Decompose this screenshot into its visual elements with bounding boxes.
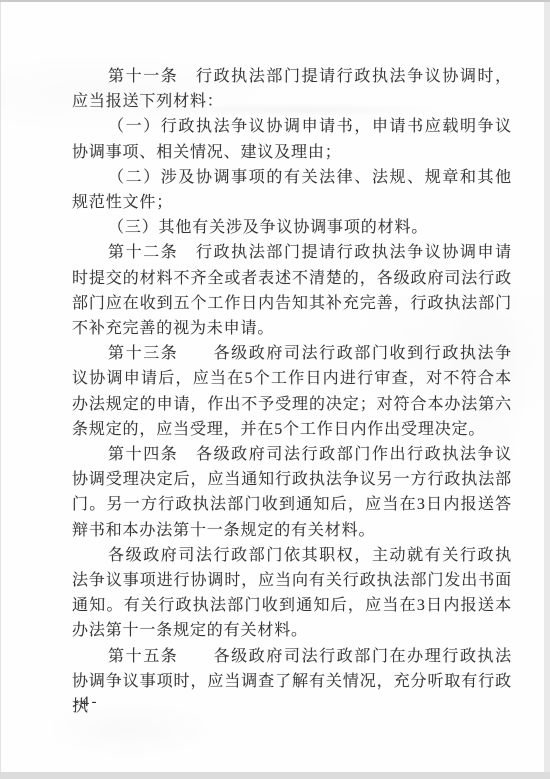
document-page: 第十一条 行政执法部门提请行政执法争议协调时，应当报送下列材料：（一）行政执法争… (0, 0, 550, 779)
paragraph: 第十二条 行政执法部门提请行政执法争议协调申请时提交的材料不齐全或者表述不清楚的… (72, 240, 512, 341)
paragraph: 第十三条 各级政府司法行政部门收到行政执法争议协调申请后，应当在5个工作日内进行… (72, 341, 512, 442)
scan-edge-bottom (0, 772, 550, 779)
paragraph: （一）行政执法争议协调申请书，申请书应载明争议协调事项、相关情况、建议及理由； (72, 114, 512, 164)
document-body: 第十一条 行政执法部门提请行政执法争议协调时，应当报送下列材料：（一）行政执法争… (72, 64, 512, 719)
scan-edge-left (0, 2, 1, 772)
paragraph: （二）涉及协调事项的有关法律、法规、规章和其他规范性文件； (72, 165, 512, 215)
paragraph: 第十一条 行政执法部门提请行政执法争议协调时，应当报送下列材料： (72, 64, 512, 114)
scan-edge-right (544, 2, 550, 772)
paragraph: （三）其他有关涉及争议协调事项的材料。 (72, 215, 512, 240)
paragraph: 第十五条 各级政府司法行政部门在办理行政执法协调争议事项时，应当调查了解有关情况… (72, 644, 512, 720)
scan-edge-top (0, 0, 550, 2)
paragraph: 各级政府司法行政部门依其职权，主动就有关行政执法争议事项进行协调时，应当向有关行… (72, 543, 512, 644)
page-number: -4- (74, 694, 99, 711)
paragraph: 第十四条 各级政府司法行政部门作出行政执法争议协调受理决定后，应当通知行政执法争… (72, 442, 512, 543)
